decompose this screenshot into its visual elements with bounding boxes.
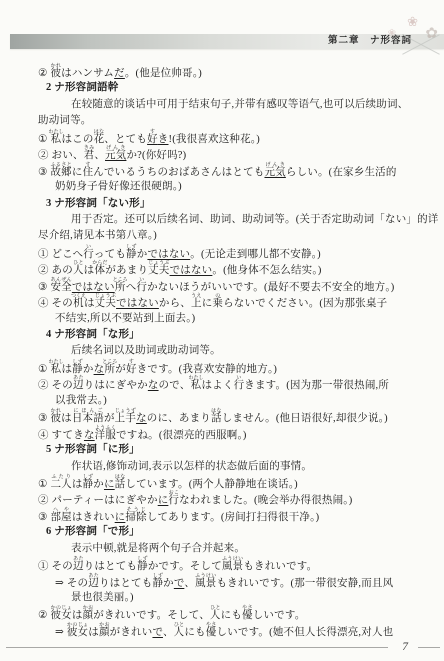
- text-line: ② あの人ひとは体からだがあまり丈夫じょうぶではない。(他身体不怎么结实。): [0, 261, 444, 277]
- chapter-header-bar: 第二章 ナ形容詞: [10, 34, 444, 49]
- text-line: 后续名词以及助词或助动词等。: [0, 343, 444, 359]
- footer: 7: [6, 641, 440, 653]
- text-line: ⇒ 彼女かのじょは顔かおがきれいで、人ひとにも優やさしいです。(她不但人长得漂亮…: [0, 623, 444, 639]
- text-line: 奶奶身子骨好像还很硬朗。): [0, 179, 444, 195]
- text-line: ③ 彼かれは日本語にほんごが上手じょうずなのに、あまり話はなしません。(他日语很…: [0, 409, 444, 425]
- text-line: 不结实,所以不要站到上面去。): [0, 311, 444, 327]
- text-line: ⇒ その辺あたりはとても静しずかで、風景ふうけいもきれいです。(那一带很安静,而…: [0, 574, 444, 590]
- corner-decoration: ❀ ✿ ❀: [374, 0, 444, 60]
- text-line: ③ 安全あんぜんではない所ところへ行いかないほうがいいです。(最好不要去不安全的…: [0, 278, 444, 294]
- page-number: 7: [402, 641, 408, 653]
- footer-rule: [6, 647, 388, 648]
- text-line: 表示中顿,就是将两个句子合并起来。: [0, 541, 444, 557]
- section-heading: 5 ナ形容詞「に形」: [0, 442, 444, 458]
- text-line: 尽介绍,请见本书第八章。): [0, 228, 444, 244]
- text-line: 以我常去。): [0, 393, 444, 409]
- text-line: ③ 故郷ふるさとに住すんでいるうちのおばあさんはとても元気げんきらしい。(在家乡…: [0, 163, 444, 179]
- text-line: ③ 部屋へやはきれいに掃除そうじしてあります。(房间打扫得很干净。): [0, 508, 444, 524]
- text-line: ④ その机つくえは丈夫じょうぶではないから、上うえに乗のらないでください。(因为…: [0, 294, 444, 310]
- text-line: ② 彼かれはハンサムだ。(他是位帅哥。): [0, 64, 444, 80]
- flower-icon: ❀: [407, 14, 418, 30]
- text-line: ④ すてきな洋服ようふくですね。(很漂亮的西服啊。): [0, 426, 444, 442]
- section-heading: 2 ナ形容詞語幹: [0, 80, 444, 96]
- text-line: 用于否定。还可以后续名词、助词、助动词等。(关于否定助动词「ない」的详: [0, 212, 444, 228]
- text-line: ① 私わたしはこの花はな、とても好すき!(我很喜欢这种花。): [0, 130, 444, 146]
- text-line: ② 彼女かのじょは顔かおがきれいです。そして、人ひとにも優やさしいです。: [0, 606, 444, 622]
- book-page: 第二章 ナ形容詞 ❀ ✿ ❀ ② 彼かれはハンサムだ。(他是位帅哥。)2 ナ形容…: [0, 0, 444, 661]
- text-line: ② パーティーはにぎやかに行おこなわれました。(晚会举办得很热闹。): [0, 491, 444, 507]
- text-line: ② その辺あたりはにぎやかなので、私わたしはよく行いきます。(因为那一带很热闹,…: [0, 376, 444, 392]
- footer-rule-short: [418, 647, 440, 648]
- section-heading: 6 ナ形容詞「で形」: [0, 524, 444, 540]
- text-line: ① 私わたしは静しずかな所ところが好すきです。(我喜欢安静的地方。): [0, 360, 444, 376]
- text-line: 助动词等。: [0, 113, 444, 129]
- text-line: 景也很美丽。): [0, 590, 444, 606]
- text-line: 在较随意的谈话中可用于结束句子,并带有感叹等语气,也可以后续助词、: [0, 97, 444, 113]
- text-line: ① どこへ行いっても静しずかではない。(无论走到哪儿都不安静。): [0, 245, 444, 261]
- content: ② 彼かれはハンサムだ。(他是位帅哥。)2 ナ形容詞語幹在较随意的谈话中可用于结…: [0, 64, 444, 639]
- text-line: 作状语,修饰动词,表示以怎样的状态做后面的事情。: [0, 459, 444, 475]
- text-line: ② おい、君きみ、元気げんきか?(你好吗?): [0, 146, 444, 162]
- section-heading: 3 ナ形容詞「ない形」: [0, 196, 444, 212]
- text-line: ① 二人ふたりは静しずかに話はなしています。(两个人静静地在谈话。): [0, 475, 444, 491]
- text-line: ① その辺あたりはとても静しずかです。そして風景ふうけいもきれいです。: [0, 557, 444, 573]
- section-heading: 4 ナ形容詞「な形」: [0, 327, 444, 343]
- chapter-title: 第二章 ナ形容詞: [328, 34, 412, 49]
